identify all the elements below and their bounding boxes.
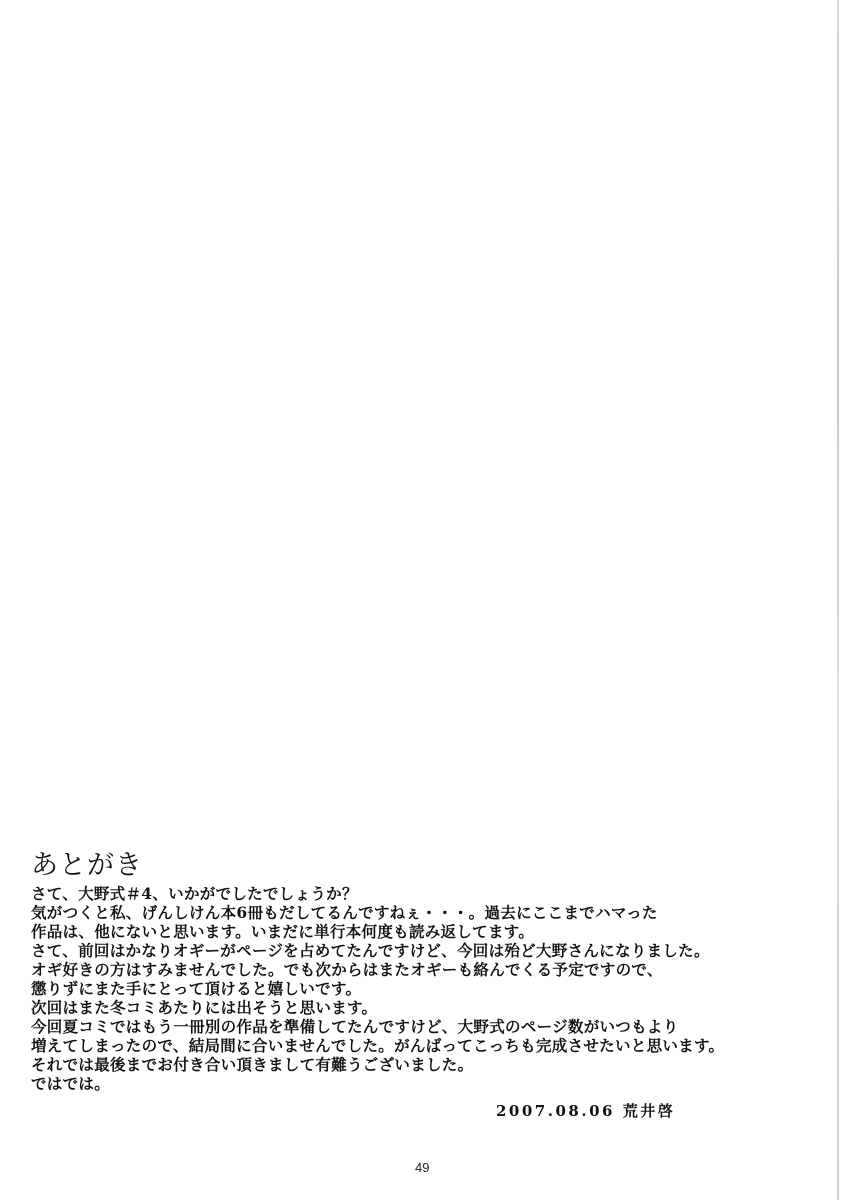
signature: 2007.08.06 荒井啓 — [496, 1101, 675, 1121]
signature-date: 2007.08.06 — [496, 1102, 615, 1120]
signature-author: 荒井啓 — [623, 1102, 676, 1120]
afterword-section: あとがき さて、大野式＃4、いかがでしたでしょうか？ 気がつくと私、げんしけん本… — [31, 850, 791, 1093]
afterword-line: それでは最後までお付き合い頂きまして有難うございました。 — [31, 1055, 791, 1074]
afterword-line: 気がつくと私、げんしけん本6冊もだしてるんですねぇ・・・。過去にここまでハマった — [31, 903, 791, 922]
page-number: 49 — [415, 1160, 429, 1176]
afterword-line: さて、前回はかなりオギーがページを占めてたんですけど、今回は殆ど大野さんになりま… — [31, 941, 791, 960]
scan-edge-line — [837, 0, 839, 1200]
afterword-line: 増えてしまったので、結局間に合いませんでした。がんばってこっちも完成させたいと思… — [31, 1036, 791, 1055]
afterword-line: ではでは。 — [31, 1074, 791, 1093]
afterword-line: 次回はまた冬コミあたりには出そうと思います。 — [31, 998, 791, 1017]
afterword-title: あとがき — [31, 850, 791, 882]
afterword-line: オギ好きの方はすみませんでした。でも次からはまたオギーも絡んでくる予定ですので、 — [31, 960, 791, 979]
afterword-line: さて、大野式＃4、いかがでしたでしょうか？ — [31, 884, 791, 903]
afterword-line: 今回夏コミではもう一冊別の作品を準備してたんですけど、大野式のページ数がいつもよ… — [31, 1017, 791, 1036]
afterword-line: 作品は、他にないと思います。いまだに単行本何度も読み返してます。 — [31, 922, 791, 941]
afterword-body: さて、大野式＃4、いかがでしたでしょうか？ 気がつくと私、げんしけん本6冊もだし… — [31, 884, 791, 1093]
afterword-line: 懲りずにまた手にとって頂けると嬉しいです。 — [31, 979, 791, 998]
